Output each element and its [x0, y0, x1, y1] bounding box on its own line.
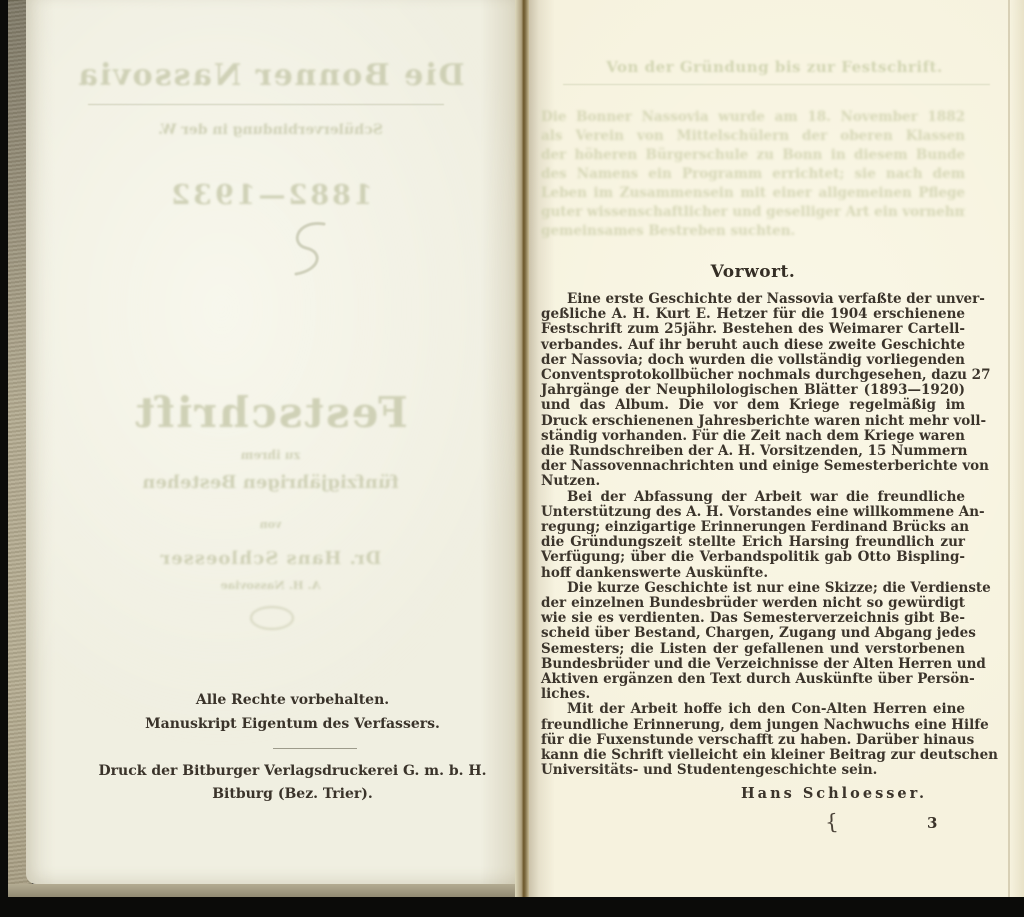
printer-line2: Bitburg (Bez. Trier). — [48, 786, 537, 802]
printer-line1: Druck der Bitburger Verlagsdruckerei G. … — [48, 763, 537, 779]
book-scan: Die Bonner Nassovia Schülerverbindung in… — [0, 0, 1024, 917]
scan-background-left — [0, 0, 8, 917]
text-line: Festschrift zum 25jähr. Bestehen des Wei… — [541, 322, 965, 337]
ghost-handwriting-mark — [276, 218, 346, 278]
text-line: freundliche Erinnerung, dem jungen Nachw… — [541, 718, 965, 733]
text-line: Bundesbrüder und die Verzeichnisse der A… — [541, 657, 965, 672]
page-number: 3 — [927, 814, 937, 832]
text-line: Eine erste Geschichte der Nassovia verfa… — [541, 292, 965, 307]
manuscript-line: Manuskript Eigentum des Verfassers. — [48, 716, 537, 732]
book-gutter — [515, 0, 529, 897]
rights-line: Alle Rechte vorbehalten. — [48, 692, 537, 708]
text-line: Conventsprotokollbücher nochmals durchge… — [541, 368, 965, 383]
paper-sheen — [26, 0, 515, 884]
text-line: die Rundschreiben der A. H. Vorsitzenden… — [541, 444, 965, 459]
text-line: Bei der Abfassung der Arbeit war die fre… — [541, 490, 965, 505]
ghost-paragraph: Die Bonner Nassovia wurde am 18. Novembe… — [541, 108, 965, 241]
text-line: die Gründungszeit stellte Erich Harsing … — [541, 535, 965, 550]
ghost-text-line: als Verein von Mittelschülern der oberen… — [541, 127, 965, 146]
ghost-rule — [88, 104, 444, 105]
text-line: kann die Schrift vielleicht ein kleiner … — [541, 748, 965, 763]
text-line: Die kurze Geschichte ist nur eine Skizze… — [541, 581, 965, 596]
text-line: geßliche A. H. Kurt E. Hetzer für die 19… — [541, 307, 965, 322]
text-line: Verfügung; über die Verbandspolitik gab … — [541, 550, 965, 565]
ghost-header-rule — [563, 84, 990, 85]
ghost-text-line: gemeinsames Bestreben suchten. — [541, 222, 965, 241]
ghost-text-line: des Namens ein Programm errichtet; sie n… — [541, 165, 965, 184]
text-line: der einzelnen Bundesbrüder werden nicht … — [541, 596, 965, 611]
text-line: regung; einzigartige Erinnerungen Ferdin… — [541, 520, 965, 535]
text-line: Semesters; die Listen der gefallenen und… — [541, 642, 965, 657]
text-line: Druck erschienenen Jahresberichte waren … — [541, 414, 965, 429]
text-line: der Nassovia; doch wurden die vollständi… — [541, 353, 965, 368]
text-line: und das Album. Die vor dem Kriege regelm… — [541, 398, 965, 413]
ink-mark: { — [824, 810, 839, 835]
text-line: Aktiven ergänzen den Text durch Auskünft… — [541, 672, 965, 687]
signature-holder: Hans Schloesser. — [541, 780, 965, 802]
author-signature: Hans Schloesser. — [541, 785, 965, 802]
left-page: Die Bonner Nassovia Schülerverbindung in… — [26, 0, 515, 884]
imprint-divider — [273, 748, 357, 749]
ghost-text-line: Die Bonner Nassovia wurde am 18. Novembe… — [541, 108, 965, 127]
text-line: Mit der Arbeit hoffe ich den Con-Alten H… — [541, 702, 965, 717]
page-crease — [1008, 0, 1010, 897]
vorwort-body: Eine erste Geschichte der Nassovia verfa… — [541, 292, 965, 779]
ghost-text-line: der höheren Bürgerschule zu Bonn in dies… — [541, 146, 965, 165]
section-title: Vorwort. — [541, 262, 965, 282]
text-line: verbandes. Auf ihr beruht auch diese zwe… — [541, 338, 965, 353]
text-line: ständig vorhanden. Für die Zeit nach dem… — [541, 429, 965, 444]
text-line: hoff dankenswerte Auskünfte. — [541, 566, 965, 581]
text-line: Nutzen. — [541, 474, 965, 489]
text-line: Universitäts- und Studentengeschichte se… — [541, 763, 965, 778]
text-line: für die Fuxenstunde verschafft zu haben.… — [541, 733, 965, 748]
text-line: Jahrgänge der Neuphilologischen Blätter … — [541, 383, 965, 398]
ghost-text-line: guter wissenschaftlicher und geselliger … — [541, 203, 965, 222]
text-line: Unterstützung des A. H. Vorstandes eine … — [541, 505, 965, 520]
scan-background-bottom — [0, 897, 1024, 917]
page-edge-bottom — [0, 884, 515, 898]
ghost-text-line: Leben im Zusammensein mit einer allgemei… — [541, 184, 965, 203]
text-line: liches. — [541, 687, 965, 702]
ghost-ornament — [250, 606, 294, 630]
text-line: wie sie es verdienten. Das Semesterverze… — [541, 611, 965, 626]
text-line: der Nassovennachrichten und einige Semes… — [541, 459, 965, 474]
text-line: scheid über Bestand, Chargen, Zugang und… — [541, 626, 965, 641]
right-page: Von der Gründung bis zur Festschrift. Di… — [529, 0, 1024, 897]
